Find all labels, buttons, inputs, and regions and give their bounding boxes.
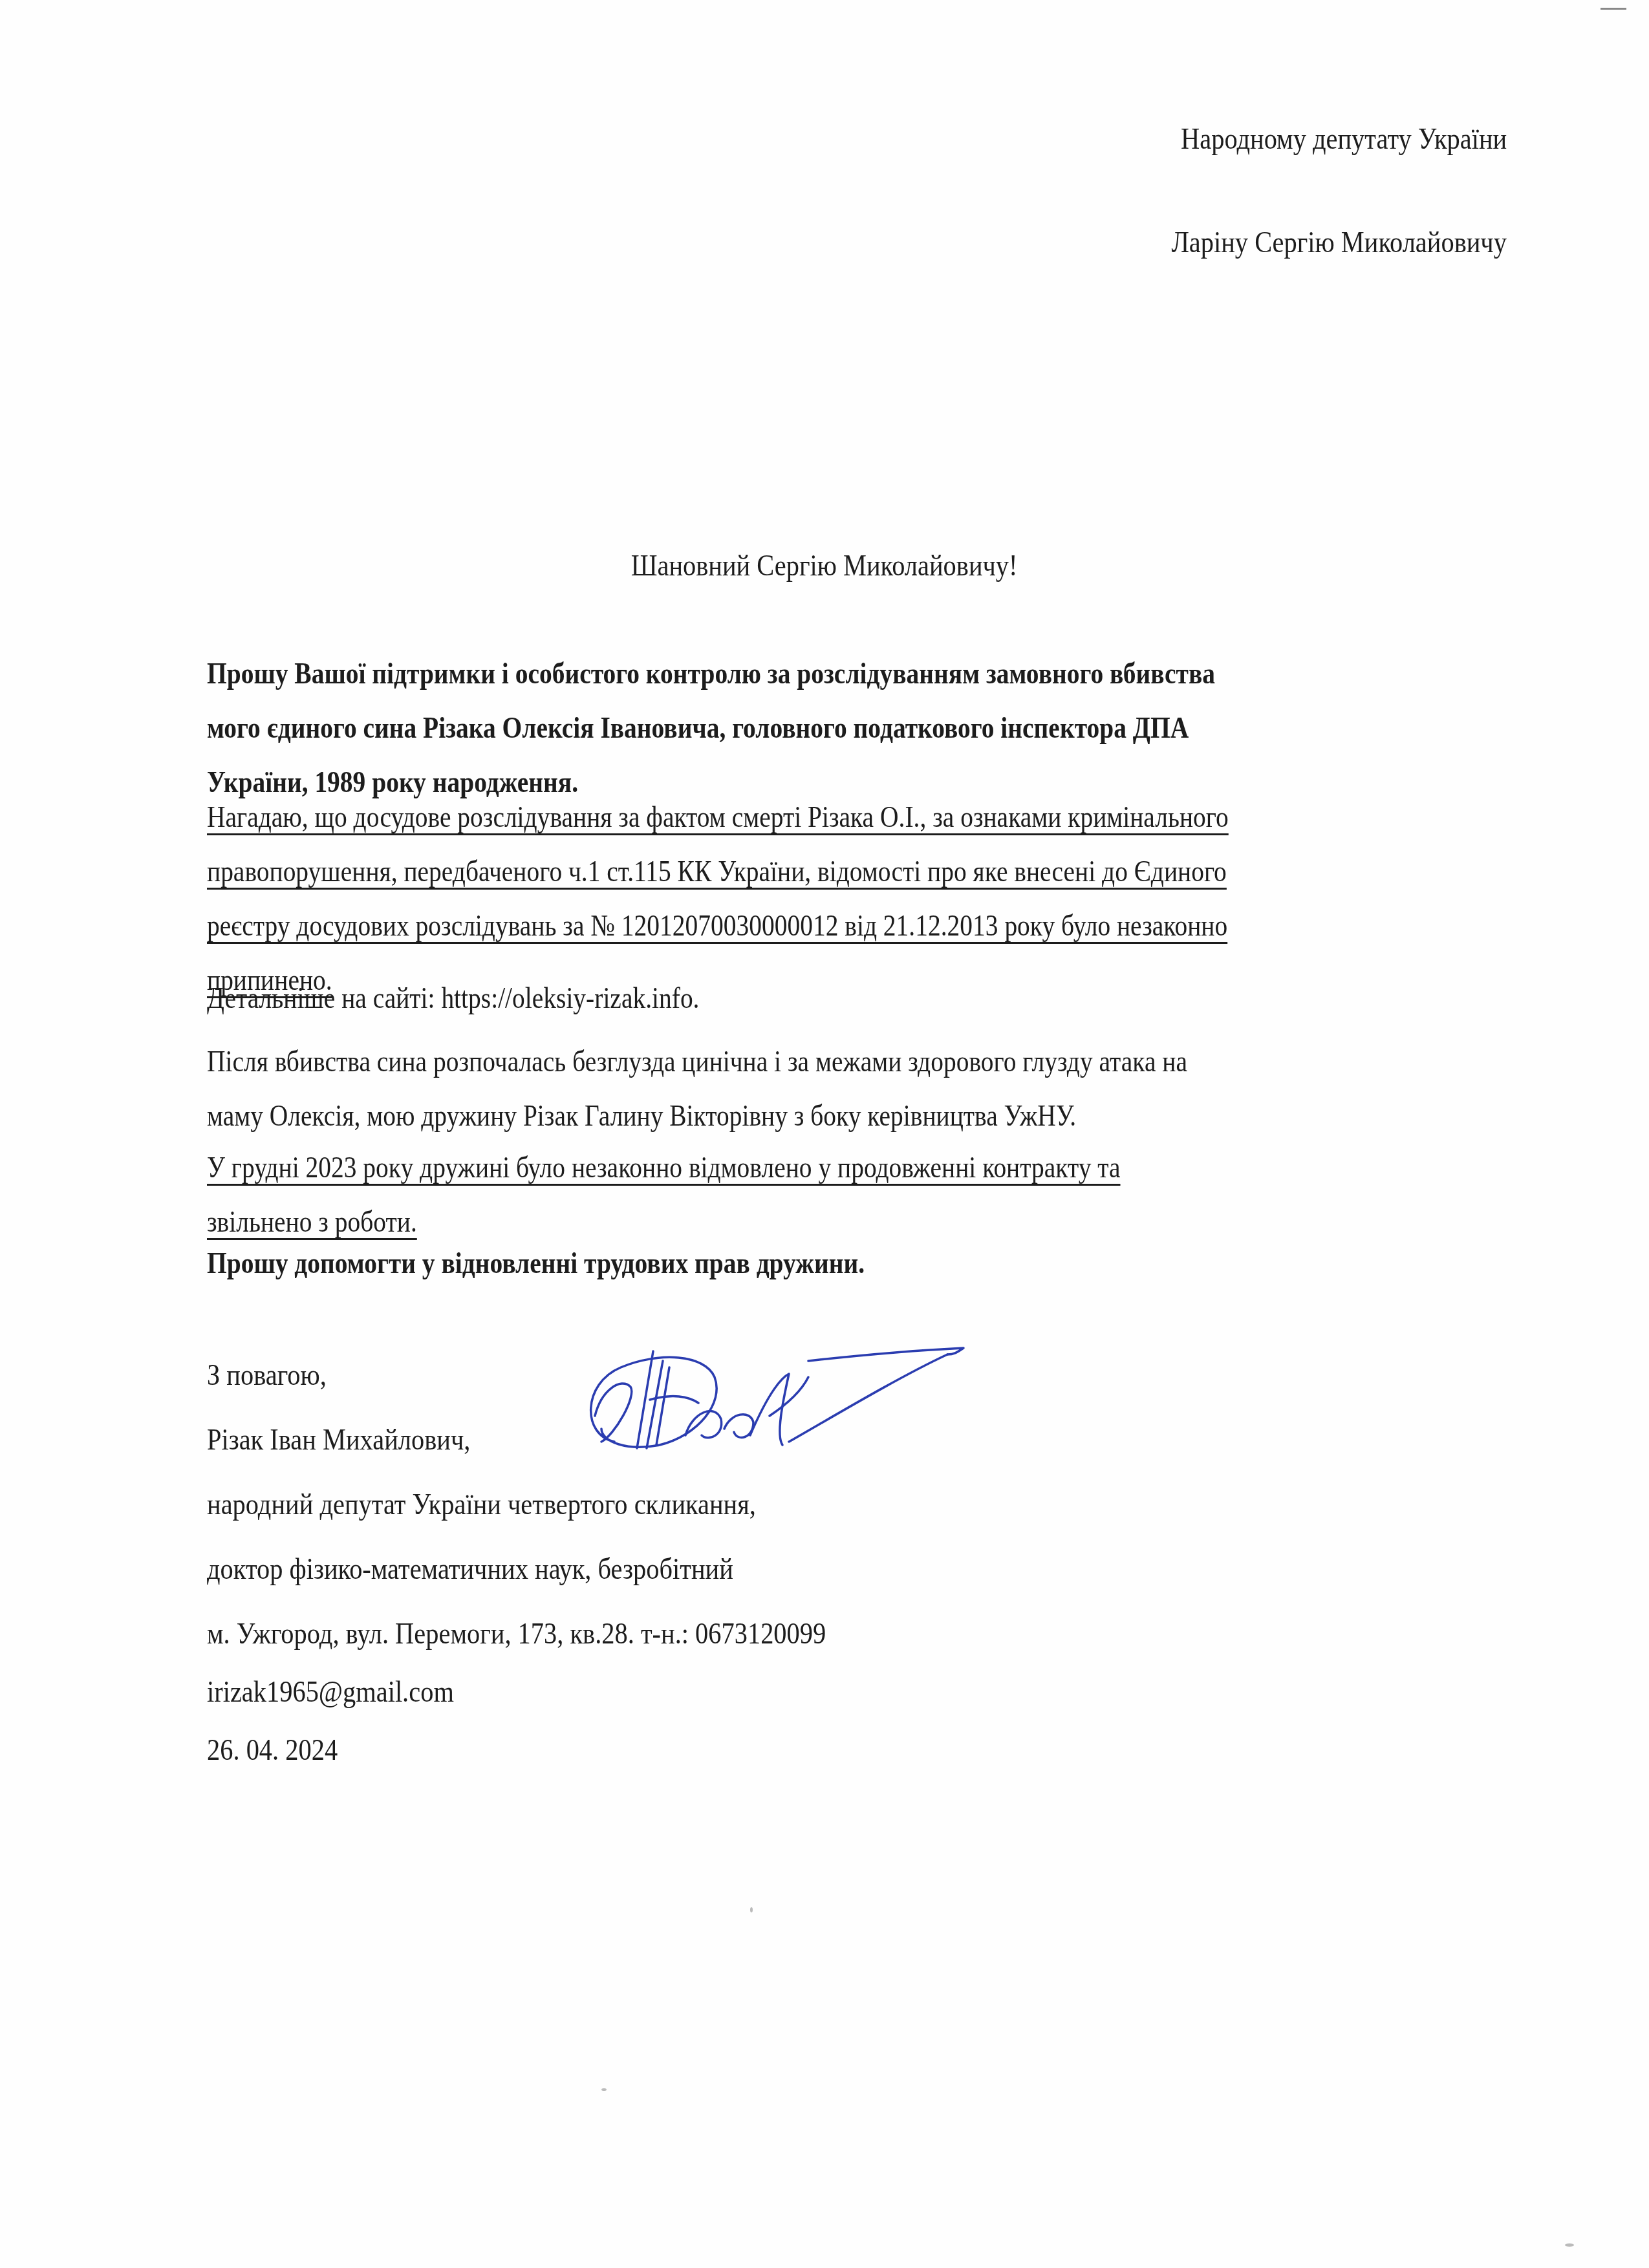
recipient-title: Народному депутату України xyxy=(1181,122,1507,156)
text-line: Прошу допомогти у відновленні трудових п… xyxy=(207,1236,1326,1290)
scan-artifact xyxy=(1565,2243,1574,2247)
text-line: Прошу Вашої підтримки і особистого контр… xyxy=(207,647,1326,701)
closing: З повагою, xyxy=(207,1358,327,1393)
salutation-text: Шановний Сергію Миколайовичу! xyxy=(631,548,1018,583)
salutation: Шановний Сергію Миколайовичу! xyxy=(0,548,1649,583)
text-line: Нагадаю, що досудове розслідування за фа… xyxy=(207,800,1229,834)
dismissal-paragraph: У грудні 2023 року дружині було незаконн… xyxy=(207,1140,1539,1249)
request-paragraph: Прошу Вашої підтримки і особистого контр… xyxy=(207,647,1539,809)
text-line: звільнено з роботи. xyxy=(207,1205,417,1239)
sender-address: м. Ужгород, вул. Перемоги, 173, кв.28. т… xyxy=(207,1616,826,1651)
text-line: реєстру досудових розслідувань за № 1201… xyxy=(207,909,1227,943)
sender-title: народний депутат України четвертого скли… xyxy=(207,1487,756,1522)
letter-page: Народному депутату України Ларіну Сергію… xyxy=(0,0,1649,2268)
scan-artifact xyxy=(601,2088,607,2091)
sender-degree: доктор фізико-математичних наук, безробі… xyxy=(207,1552,733,1587)
sender-name: Різак Іван Михайлович, xyxy=(207,1422,470,1457)
text-line: маму Олексія, мою дружину Різак Галину В… xyxy=(207,1089,1326,1143)
website-paragraph: Детальніше на сайті: https://oleksiy-riz… xyxy=(207,971,1539,1025)
website-text: Детальніше на сайті: https://oleksiy-riz… xyxy=(207,971,1326,1025)
scan-artifact xyxy=(1600,8,1626,10)
text-line: мого єдиного сина Різака Олексія Іванови… xyxy=(207,701,1326,755)
text-line: У грудні 2023 року дружині було незаконн… xyxy=(207,1151,1121,1184)
text-line: Після вбивства сина розпочалась безглузд… xyxy=(207,1034,1326,1089)
attack-paragraph: Після вбивства сина розпочалась безглузд… xyxy=(207,1034,1539,1143)
handwritten-signature xyxy=(576,1338,996,1461)
recipient-name: Ларіну Сергію Миколайовичу xyxy=(1172,225,1507,260)
scan-artifact xyxy=(750,1907,753,1912)
final-request-paragraph: Прошу допомогти у відновленні трудових п… xyxy=(207,1236,1539,1290)
text-line: правопорушення, передбаченого ч.1 ст.115… xyxy=(207,855,1227,888)
letter-date: 26. 04. 2024 xyxy=(207,1733,338,1768)
sender-email: irizak1965@gmail.com xyxy=(207,1674,454,1709)
